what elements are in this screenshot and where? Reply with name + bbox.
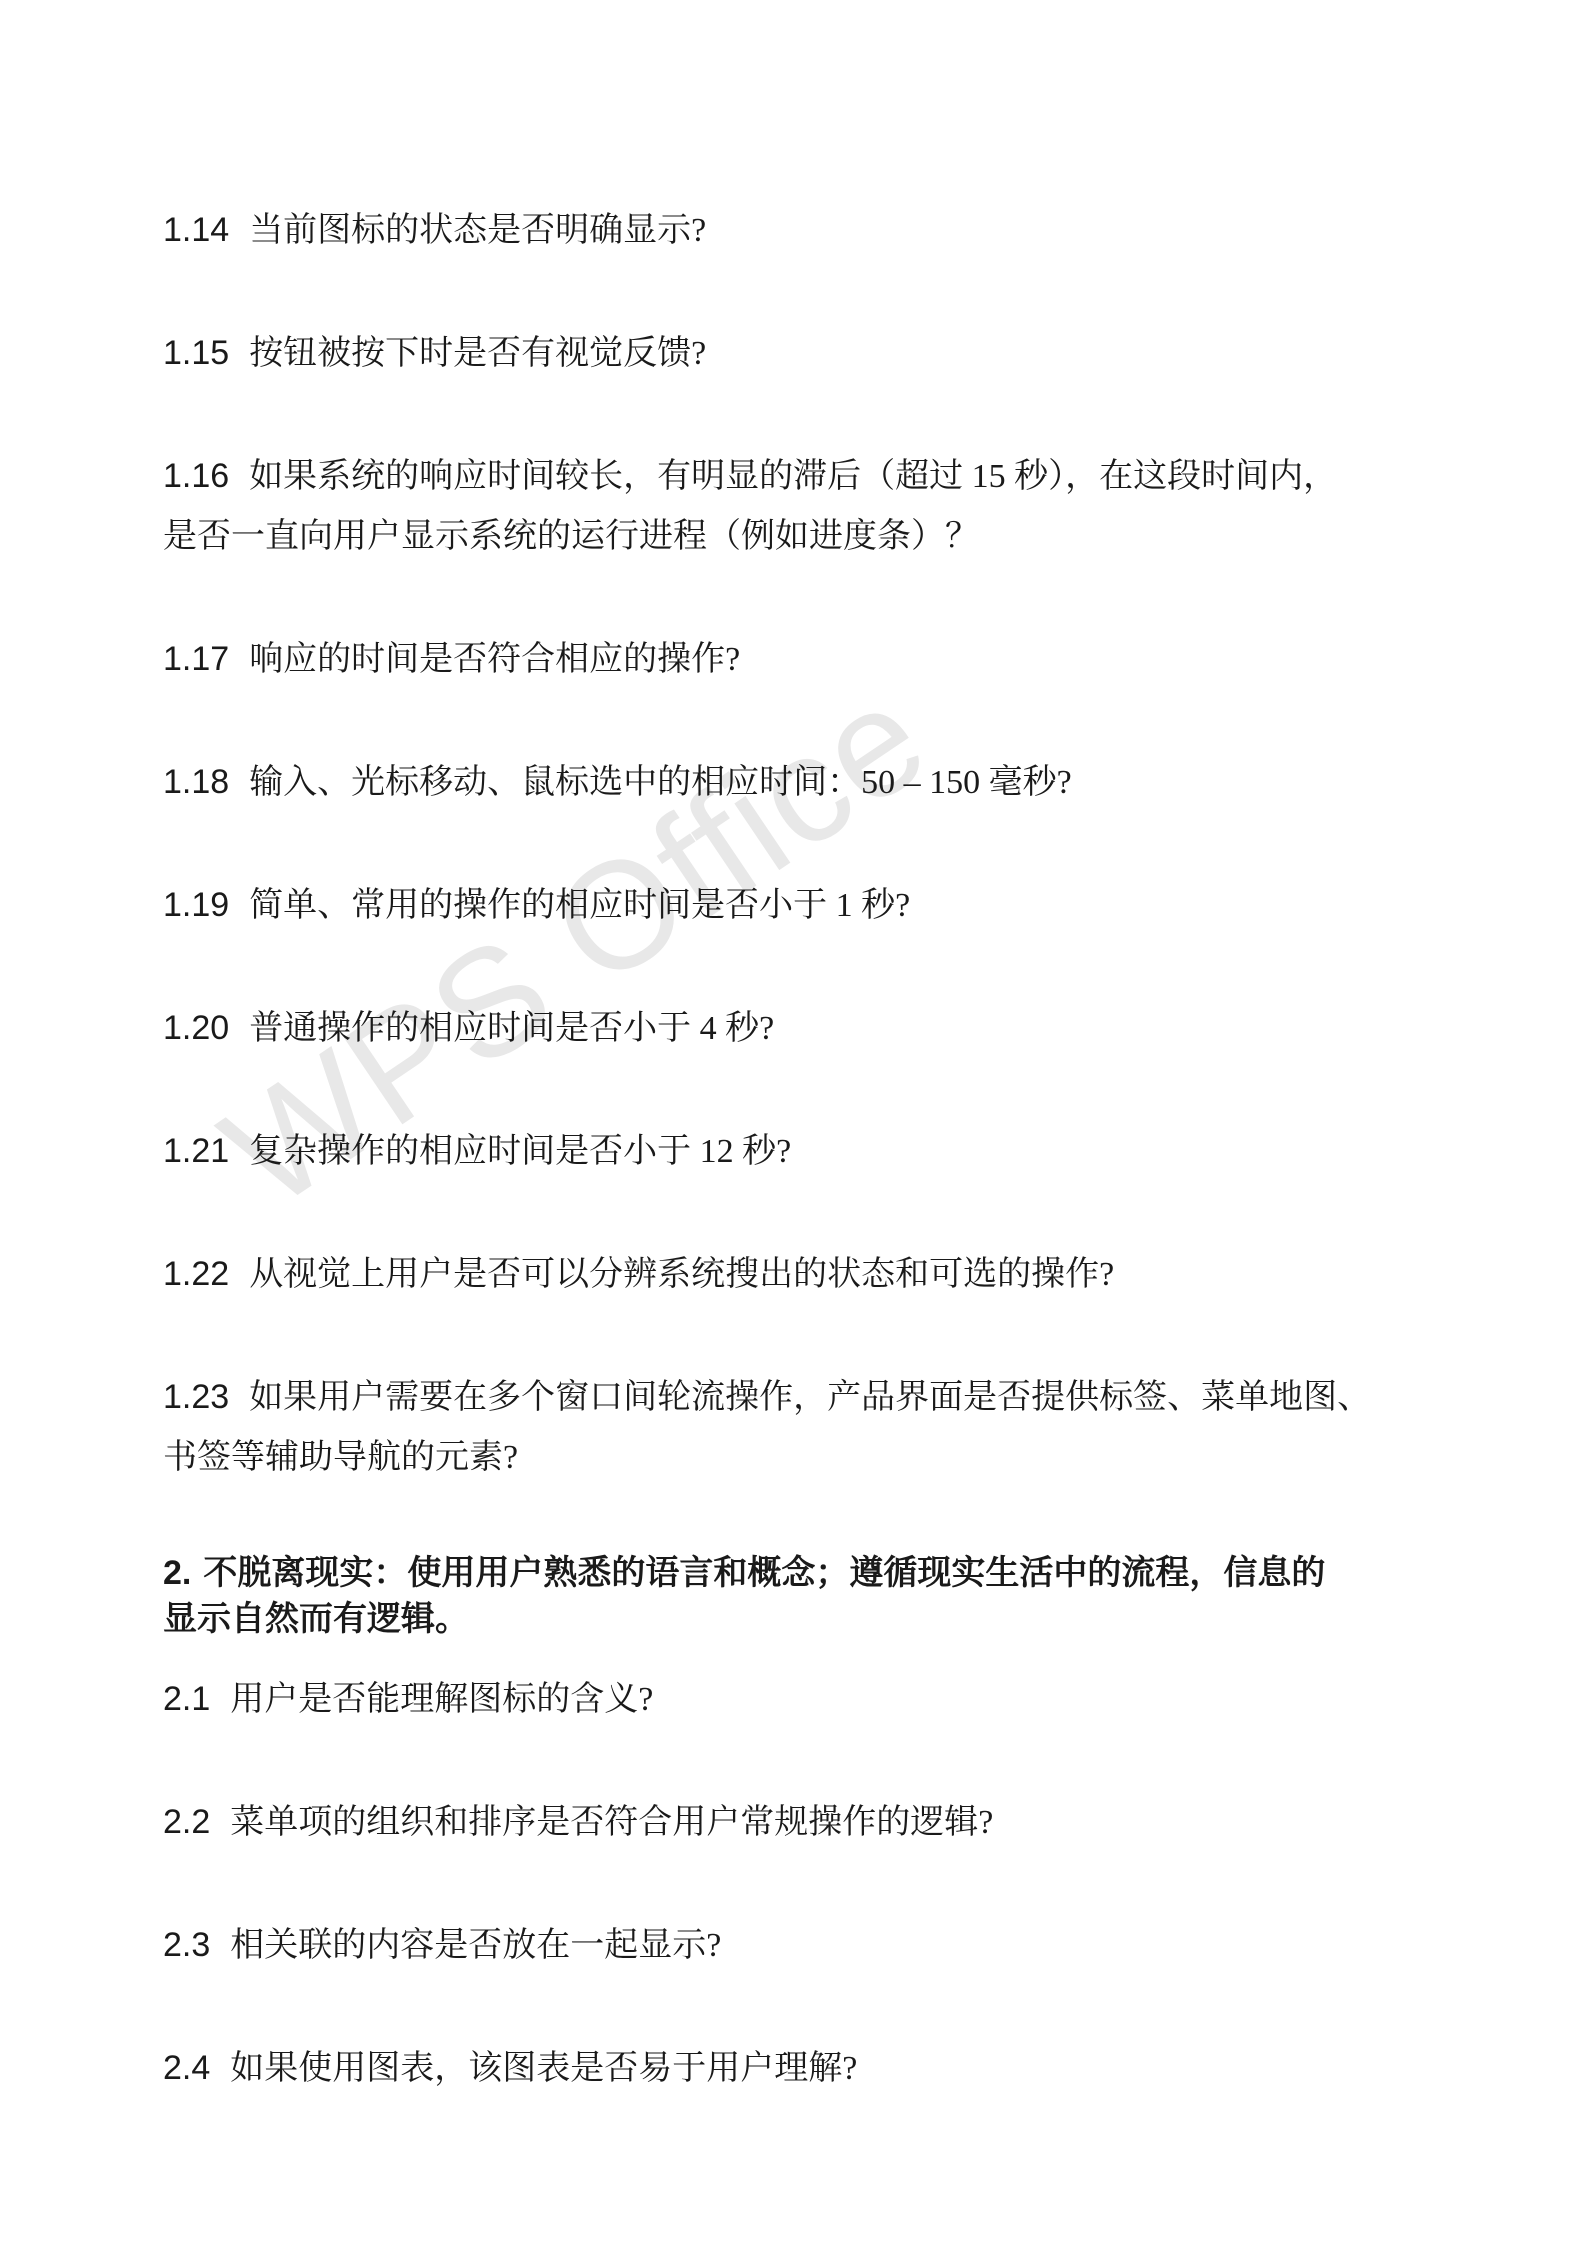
checklist-item-2.1: 2.1用户是否能理解图标的含义? <box>163 1669 1429 1730</box>
item-text: 从视觉上用户是否可以分辨系统搜出的状态和可选的操作? <box>249 1256 1114 1293</box>
item-number: 1.19 <box>163 886 229 924</box>
item-text: 当前图标的状态是否明确显示? <box>249 212 706 249</box>
item-text: 用户是否能理解图标的含义? <box>230 1681 653 1718</box>
item-number: 1.18 <box>163 763 229 801</box>
checklist-item-1.21: 1.21复杂操作的相应时间是否小于 12 秒? <box>163 1121 1429 1182</box>
item-text: 如果使用图表，该图表是否易于用户理解? <box>230 2050 857 2087</box>
checklist-item-1.14: 1.14当前图标的状态是否明确显示? <box>163 200 1429 261</box>
section-heading-2: 2.不脱离现实：使用用户熟悉的语言和概念；遵循现实生活中的流程，信息的 显示自然… <box>163 1550 1429 1643</box>
checklist-item-1.23: 1.23如果用户需要在多个窗口间轮流操作，产品界面是否提供标签、菜单地图、 书签… <box>163 1367 1429 1488</box>
item-number: 1.14 <box>163 211 229 249</box>
item-number: 1.22 <box>163 1255 229 1293</box>
item-number: 2.1 <box>163 1680 210 1718</box>
item-text: 相关联的内容是否放在一起显示? <box>230 1927 721 1964</box>
item-text: 响应的时间是否符合相应的操作? <box>249 641 740 678</box>
item-number: 1.23 <box>163 1378 229 1416</box>
item-number: 2.3 <box>163 1926 210 1964</box>
item-number: 1.17 <box>163 640 229 678</box>
section-number: 2. <box>163 1554 191 1592</box>
item-text: 输入、光标移动、鼠标选中的相应时间：50 – 150 毫秒? <box>249 764 1072 801</box>
checklist-item-1.16: 1.16如果系统的响应时间较长，有明显的滞后（超过 15 秒），在这段时间内， … <box>163 446 1429 567</box>
item-text: 如果用户需要在多个窗口间轮流操作，产品界面是否提供标签、菜单地图、 书签等辅助导… <box>163 1379 1371 1476</box>
item-text: 如果系统的响应时间较长，有明显的滞后（超过 15 秒），在这段时间内， 是否一直… <box>163 458 1337 555</box>
document-page: WPS Office 1.14当前图标的状态是否明确显示? 1.15按钮被按下时… <box>0 0 1586 2244</box>
checklist-item-1.20: 1.20普通操作的相应时间是否小于 4 秒? <box>163 998 1429 1059</box>
item-text: 复杂操作的相应时间是否小于 12 秒? <box>249 1133 791 1170</box>
document-content: 1.14当前图标的状态是否明确显示? 1.15按钮被按下时是否有视觉反馈? 1.… <box>0 0 1586 2099</box>
item-text: 普通操作的相应时间是否小于 4 秒? <box>249 1010 774 1047</box>
item-number: 1.16 <box>163 457 229 495</box>
checklist-item-2.4: 2.4如果使用图表，该图表是否易于用户理解? <box>163 2038 1429 2099</box>
checklist-item-1.22: 1.22从视觉上用户是否可以分辨系统搜出的状态和可选的操作? <box>163 1244 1429 1305</box>
checklist-item-2.3: 2.3相关联的内容是否放在一起显示? <box>163 1915 1429 1976</box>
item-number: 1.15 <box>163 334 229 372</box>
checklist-item-1.19: 1.19简单、常用的操作的相应时间是否小于 1 秒? <box>163 875 1429 936</box>
checklist-item-1.17: 1.17响应的时间是否符合相应的操作? <box>163 629 1429 690</box>
item-text: 简单、常用的操作的相应时间是否小于 1 秒? <box>249 887 910 924</box>
section-title: 不脱离现实：使用用户熟悉的语言和概念；遵循现实生活中的流程，信息的 显示自然而有… <box>163 1555 1325 1638</box>
item-text: 按钮被按下时是否有视觉反馈? <box>249 335 706 372</box>
item-number: 1.21 <box>163 1132 229 1170</box>
item-text: 菜单项的组织和排序是否符合用户常规操作的逻辑? <box>230 1804 993 1841</box>
item-number: 2.2 <box>163 1803 210 1841</box>
checklist-item-1.18: 1.18输入、光标移动、鼠标选中的相应时间：50 – 150 毫秒? <box>163 752 1429 813</box>
checklist-item-2.2: 2.2菜单项的组织和排序是否符合用户常规操作的逻辑? <box>163 1792 1429 1853</box>
item-number: 2.4 <box>163 2049 210 2087</box>
checklist-item-1.15: 1.15按钮被按下时是否有视觉反馈? <box>163 323 1429 384</box>
item-number: 1.20 <box>163 1009 229 1047</box>
